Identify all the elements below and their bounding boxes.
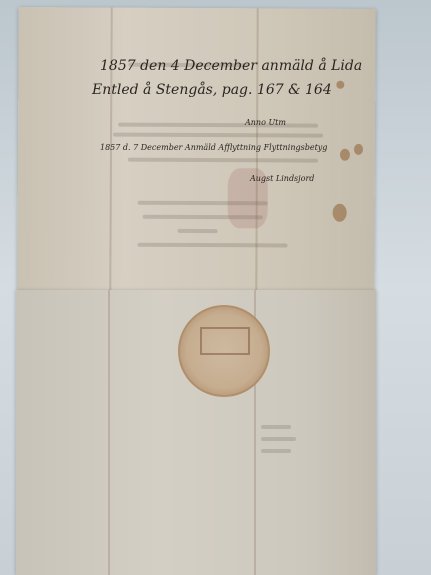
faded-print-line [261,425,291,429]
ink-stain [336,81,344,89]
ink-stain [340,149,350,161]
handwriting-line-3: Anno Utm [245,118,286,127]
faded-print-line [118,123,318,128]
faded-print-line [128,158,318,163]
handwriting-line-1: 1857 den 4 December anmäld å Lida [100,58,362,74]
faded-print-line [178,229,218,233]
faded-print-line [261,449,291,453]
handwriting-line-2: Entled å Stengås, pag. 167 & 164 [92,82,332,98]
ink-stain [333,204,347,222]
document-seal [178,305,270,397]
faded-print-line [261,437,296,441]
ink-stain [354,144,363,155]
faded-print-line [113,133,323,138]
seal-emblem [200,327,250,355]
fold-line [108,290,110,575]
signature: Augst Lindsjord [250,174,314,183]
handwriting-line-4: 1857 d. 7 December Anmäld Afflyttning Fl… [100,143,327,152]
faded-print-line [137,243,287,248]
